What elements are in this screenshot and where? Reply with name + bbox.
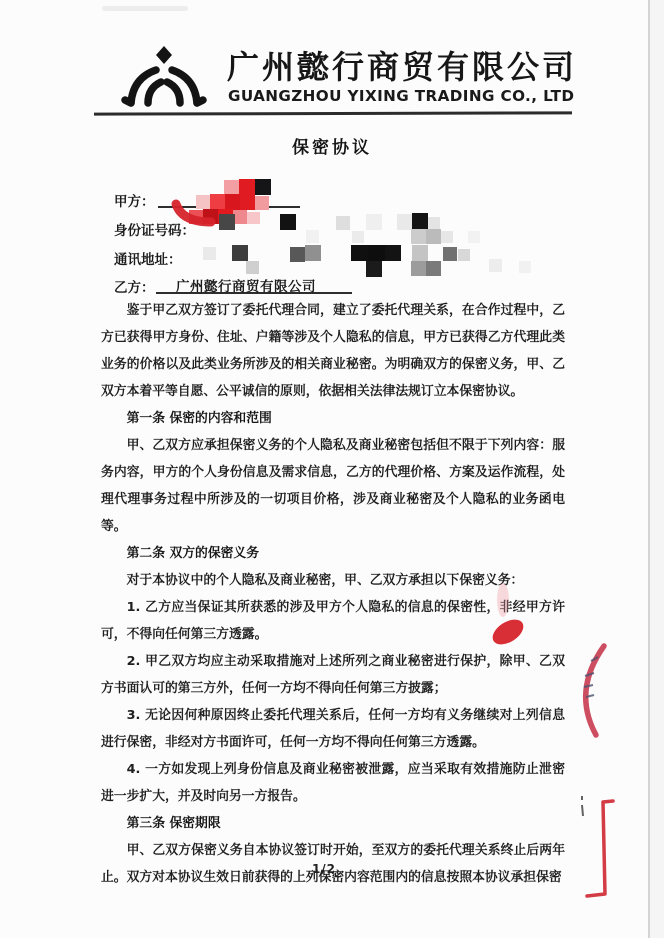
redaction-cell: [280, 214, 296, 230]
redaction-cell: [210, 194, 225, 210]
redaction-cell: [458, 249, 470, 261]
redaction-cell: [219, 214, 235, 230]
redaction-cell: [336, 216, 350, 230]
seal-arc: [586, 646, 604, 735]
redaction-cell: [412, 213, 428, 229]
document-title: 保密协议: [0, 133, 664, 158]
page-edge-strip: [650, 0, 664, 938]
redaction-cell: [352, 231, 364, 243]
redaction-cell: [246, 261, 259, 274]
redaction-cell: [233, 210, 247, 224]
company-logo-icon: [112, 44, 216, 110]
body-paragraph: 2. 甲乙双方均应主动采取措施对上述所列之商业秘密进行保护，除甲、乙双方书面认可…: [101, 648, 565, 702]
body-paragraph: 4. 一方如发现上列身份信息及商业秘密被泄露，应当采取有效措施防止泄密进一步扩大…: [101, 756, 565, 810]
redaction-cell: [225, 194, 240, 210]
redaction-cell: [366, 261, 382, 277]
party-b-label: 乙方：: [114, 276, 155, 296]
redaction-cell: [412, 245, 428, 261]
redaction-cell: [255, 179, 271, 195]
redaction-cell: [426, 261, 441, 276]
redaction-cell: [255, 196, 269, 210]
body-paragraph: 3. 无论因何种原因终止委托代理关系后，任何一方均有义务继续对上列信息进行保密，…: [101, 702, 565, 756]
clause-heading: 第一条 保密的内容和范围: [101, 405, 565, 432]
redaction-cell: [218, 209, 233, 224]
redaction-cell: [428, 217, 440, 229]
redaction-cell: [411, 229, 426, 244]
red-bracket-mark: [587, 801, 613, 896]
company-name-zh: 广州懿行商贸有限公司: [227, 42, 572, 88]
scanned-document-page: 广州懿行商贸有限公司 GUANGZHOU YIXING TRADING CO.,…: [0, 0, 664, 938]
company-name-en: GUANGZHOU YIXING TRADING CO., LTD: [228, 87, 573, 105]
redaction-cell: [411, 261, 426, 276]
redaction-cell: [519, 261, 531, 273]
redaction-cell: [290, 247, 305, 262]
redaction-cell: [443, 247, 457, 261]
redaction-cell: [224, 180, 239, 195]
address-label: 通讯地址：: [114, 248, 182, 268]
body-paragraph: 1. 乙方应当保证其所获悉的涉及甲方个人隐私的信息的保密性，非经甲方许可，不得向…: [101, 594, 565, 648]
body-paragraph: 甲、乙双方应承担保密义务的个人隐私及商业秘密包括但不限于下列内容：服务内容，甲方…: [101, 432, 565, 540]
agreement-body: 鉴于甲乙双方签订了委托代理合同，建立了委托代理关系，在合作过程中，乙方已获得甲方…: [101, 297, 565, 891]
redaction-cell: [397, 214, 413, 230]
redaction-cell: [366, 214, 382, 230]
body-paragraph: 对于本协议中的个人隐私及商业秘密，甲、乙双方承担以下保密义务：: [101, 567, 565, 594]
ink-tick-mark: [582, 796, 583, 816]
redaction-cell: [232, 245, 248, 261]
redaction-cell: [305, 245, 321, 261]
redaction-cell: [441, 231, 453, 243]
clause-heading: 第三条 保密期限: [101, 810, 565, 837]
redaction-cell: [239, 179, 255, 195]
redaction-cell: [247, 212, 260, 224]
seal-inner-glyphs: [584, 657, 598, 697]
redaction-cell: [306, 230, 319, 243]
redaction-cell: [468, 231, 480, 243]
redaction-cell: [426, 229, 441, 244]
party-a-label: 甲方：: [114, 190, 155, 210]
body-paragraph: 鉴于甲乙双方签订了委托代理合同，建立了委托代理关系，在合作过程中，乙方已获得甲方…: [101, 297, 565, 405]
redaction-cell: [203, 247, 216, 260]
page-number: 1/2: [0, 862, 648, 876]
redaction-cell: [240, 194, 255, 210]
scan-smudge: [102, 6, 188, 11]
party-b-value: 广州懿行商贸有限公司: [176, 275, 316, 295]
party-a-underline: [158, 206, 300, 208]
id-number-label: 身份证号码：: [114, 219, 195, 239]
redaction-cell: [385, 245, 401, 261]
redaction-cell: [489, 259, 502, 272]
redaction-cell: [203, 209, 218, 224]
letterhead-divider: [94, 111, 572, 115]
redaction-cell: [351, 245, 368, 261]
redaction-cell: [368, 245, 385, 261]
clause-heading: 第二条 双方的保密义务: [101, 540, 565, 567]
